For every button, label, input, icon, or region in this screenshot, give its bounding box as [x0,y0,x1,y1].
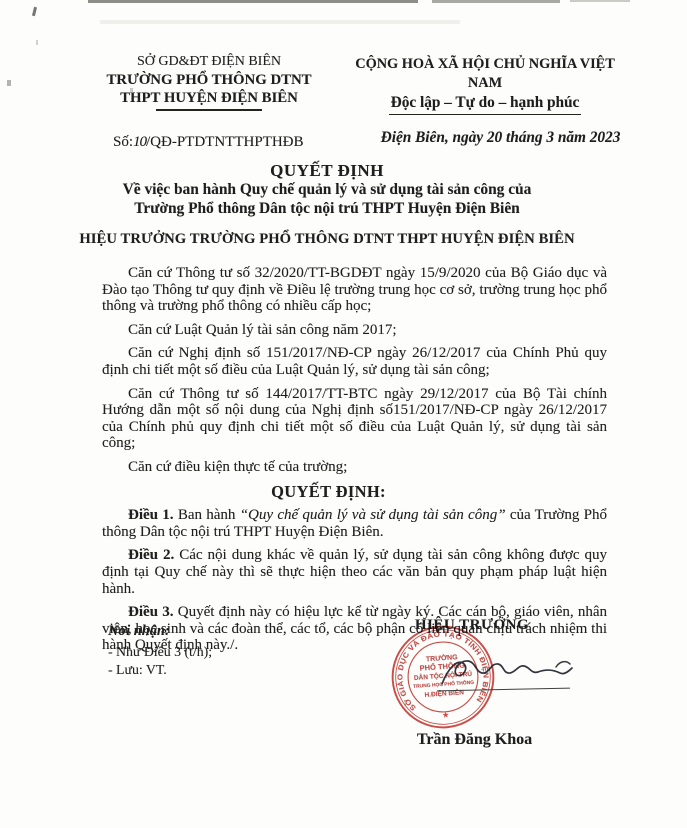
document-number: Số:10/QĐ-PTDTNTTHPTHĐB [113,134,304,151]
scan-artifact [36,40,38,45]
title-block: QUYẾT ĐỊNH Về việc ban hành Quy chế quản… [27,161,627,218]
scan-artifact [570,0,630,2]
recipients-block: Nơi nhận: - Như Điều 3 (t/h); - Lưu: VT. [108,622,212,680]
recipients-heading: Nơi nhận: [108,622,212,641]
recital-paragraph: Căn cứ Nghị định số 151/2017/NĐ-CP ngày … [102,345,607,378]
article-2: Điều 2. Các nội dung khác về quản lý, sử… [102,547,607,597]
document-body: Căn cứ Thông tư số 32/2020/TT-BGDĐT ngày… [102,265,607,654]
title-subject-line1: Về việc ban hành Quy chế quản lý và sử d… [27,181,627,200]
school-name-line2: THPT HUYỆN ĐIỆN BIÊN [94,89,324,107]
school-name-line1: TRƯỜNG PHỔ THÔNG DTNT [94,71,324,89]
decision-heading: QUYẾT ĐỊNH: [102,484,555,501]
recipient-item: - Lưu: VT. [108,661,212,680]
national-motto-block: CỘNG HOÀ XÃ HỘI CHỦ NGHĨA VIỆT NAM Độc l… [345,55,625,115]
article-label: Điều 1. [128,507,174,523]
header-underline [156,109,262,111]
article-text: Ban hành [174,507,240,523]
country-title: CỘNG HOÀ XÃ HỘI CHỦ NGHĨA VIỆT NAM [345,55,625,93]
article-label: Điều 3. [128,604,174,620]
number-prefix: Số: [113,134,133,150]
title-subject-line2: Trường Phổ thông Dân tộc nội trú THPT Hu… [27,200,627,219]
recital-paragraph: Căn cứ Thông tư số 144/2017/TT-BTC ngày … [102,386,607,452]
quoted-regulation-title: “Quy chế quản lý và sử dụng tài sản công… [240,507,506,523]
scan-artifact [88,0,418,3]
handwritten-number: 10 [133,134,146,150]
signer-name: Trần Đăng Khoa [382,731,567,749]
document-page: SỞ GD&ĐT ĐIỆN BIÊN TRƯỜNG PHỔ THÔNG DTNT… [0,0,687,828]
scan-artifact [432,0,560,3]
parent-agency: SỞ GD&ĐT ĐIỆN BIÊN [94,53,324,71]
issuing-org-block: SỞ GD&ĐT ĐIỆN BIÊN TRƯỜNG PHỔ THÔNG DTNT… [94,53,324,111]
scan-artifact [100,20,460,24]
national-motto: Độc lập – Tự do – hạnh phúc [389,93,582,115]
number-code: /QĐ-PTDTNTTHPTHĐB [146,134,304,150]
recipient-item: - Như Điều 3 (t/h); [108,643,212,662]
article-label: Điều 2. [128,547,174,563]
article-1: Điều 1. Ban hành “Quy chế quản lý và sử … [102,507,607,540]
scan-artifact [7,80,11,86]
page-title: QUYẾT ĐỊNH [27,161,627,181]
issuer-heading: HIỆU TRƯỞNG TRƯỜNG PHỔ THÔNG DTNT THPT H… [27,231,627,248]
recital-paragraph: Căn cứ Thông tư số 32/2020/TT-BGDĐT ngày… [102,265,607,315]
star-icon: ★ [442,710,450,719]
scan-artifact [32,7,37,16]
article-text: Các nội dung khác về quản lý, sử dụng tà… [102,547,607,596]
recital-paragraph: Căn cứ Luật Quản lý tài sản công năm 201… [102,322,607,339]
recital-paragraph: Căn cứ điều kiện thực tế của trường; [102,459,607,476]
place-date: Điện Biên, ngày 20 tháng 3 năm 2023 [368,129,633,147]
